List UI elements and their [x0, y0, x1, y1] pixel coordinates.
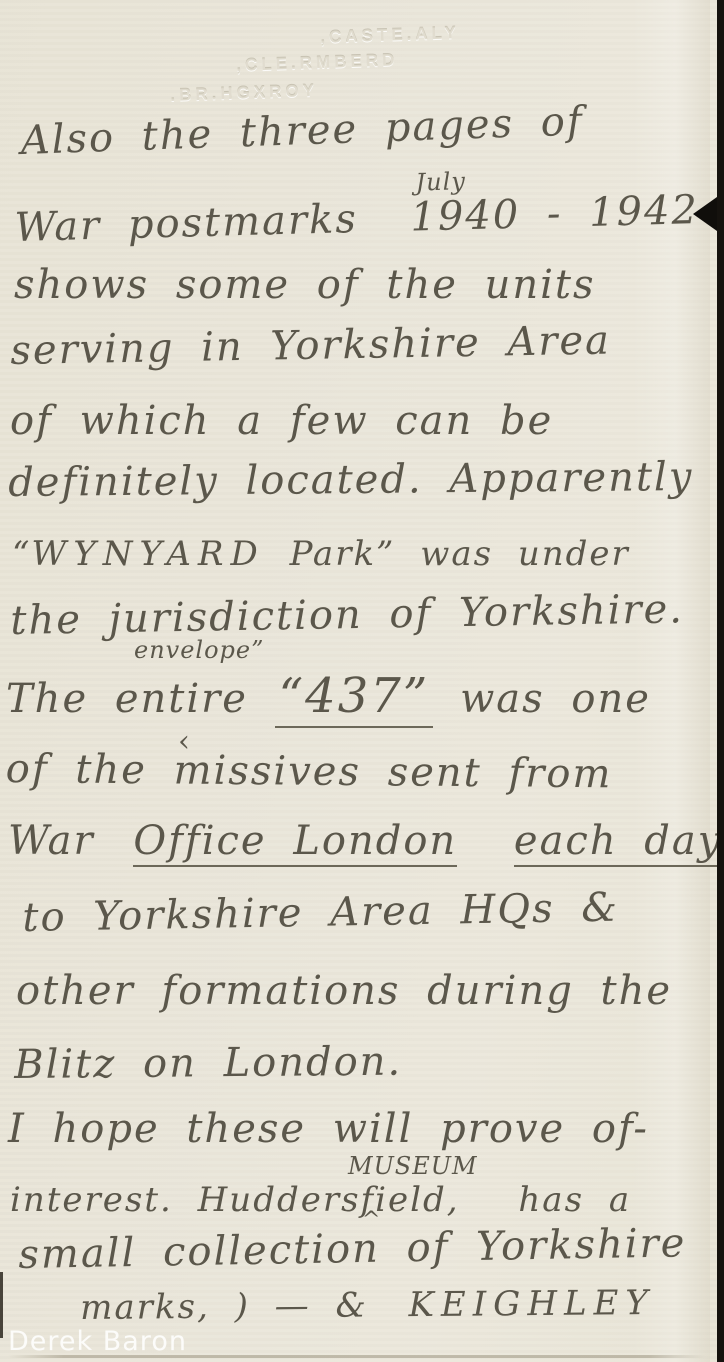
line-text: Blitz on London.: [14, 1039, 402, 1088]
handwritten-line-7: “WYNYARD Park” was under: [12, 534, 630, 574]
handwritten-line-3: shows some of the units: [14, 262, 596, 308]
line-text: serving in Yorkshire Area: [10, 318, 611, 374]
line-text: War postmarks: [14, 196, 358, 251]
underlined-each-day: each day: [514, 818, 722, 867]
inserted-word-museum: MUSEUM: [348, 1152, 478, 1180]
watermark-credit: Derek Baron: [8, 1326, 187, 1357]
line-text: of which a few can be: [10, 398, 553, 444]
line-text: marks, ) — &: [80, 1285, 368, 1328]
black-corner-marker-icon: [693, 197, 717, 231]
handwritten-line-1: Also the three pages of: [20, 98, 584, 164]
underlined-437: “437”: [275, 668, 434, 728]
scan-left-edge-artifact: [0, 1272, 3, 1338]
handwritten-line-2: War postmarks July 1940 - 1942 (April): [14, 183, 724, 251]
line-text: shows some of the units: [14, 262, 596, 308]
scan-edge-strip: [717, 0, 724, 1362]
line-text: I hope these will prove of-: [8, 1106, 649, 1152]
handwritten-line-14: Blitz on London.: [14, 1039, 402, 1088]
caps-keighley: KEIGHLEY: [408, 1283, 655, 1325]
handwritten-line-10: of the missives sent from: [6, 746, 613, 797]
line-text: “: [12, 534, 31, 574]
embossed-letterhead-line: ,CASTE.ALY: [320, 23, 460, 48]
line-text: has a: [518, 1180, 631, 1220]
inserted-word-envelope: envelope”: [134, 636, 264, 664]
line-text: interest. Huddersfield,: [10, 1180, 460, 1220]
line-text: War: [8, 818, 95, 864]
line-text: The entire: [6, 676, 248, 722]
line-text: small collection of Yorkshire: [18, 1220, 687, 1278]
line-text: the jurisdiction of Yorkshire.: [10, 586, 684, 644]
line-text: to Yorkshire Area HQs &: [22, 885, 619, 941]
handwritten-line-13: other formations during the: [16, 968, 672, 1014]
underlined-office-london: Office London: [133, 818, 457, 867]
line-text: Also the three pages of: [20, 98, 584, 164]
handwritten-line-9: The entire envelope” “437” ‹ was one: [6, 668, 651, 724]
handwritten-line-11: War Office London each day: [8, 818, 722, 864]
line-text: was one: [460, 676, 651, 722]
line-text: other formations during the: [16, 968, 672, 1014]
handwritten-line-6: definitely located. Apparently: [8, 454, 694, 506]
letter-paper: ,CASTE.ALY ,CLE.RMBERD .BR.HGXROY Also t…: [0, 0, 717, 1362]
handwritten-line-18: marks, ) — & KEIGHLEY: [80, 1283, 655, 1328]
caps-wynyard: WYNYARD: [31, 534, 264, 574]
handwritten-line-16: interest. Huddersfield, MUSEUM ^ has a: [10, 1180, 631, 1220]
embossed-letterhead-line: ,CLE.RMBERD: [236, 50, 399, 76]
handwritten-line-15: I hope these will prove of-: [8, 1106, 649, 1152]
handwritten-line-8: the jurisdiction of Yorkshire.: [10, 586, 684, 644]
inserted-word-july: July: [415, 167, 466, 196]
line-text: Park” was under: [290, 534, 630, 574]
line-text: of the missives sent from: [6, 746, 613, 797]
embossed-letterhead-line: .BR.HGXROY: [170, 81, 318, 106]
handwritten-line-4: serving in Yorkshire Area: [10, 318, 611, 374]
line-text: definitely located. Apparently: [8, 454, 694, 506]
handwritten-line-12: to Yorkshire Area HQs &: [22, 885, 619, 941]
handwritten-line-17: small collection of Yorkshire: [18, 1220, 687, 1278]
handwritten-line-5: of which a few can be: [10, 398, 553, 444]
